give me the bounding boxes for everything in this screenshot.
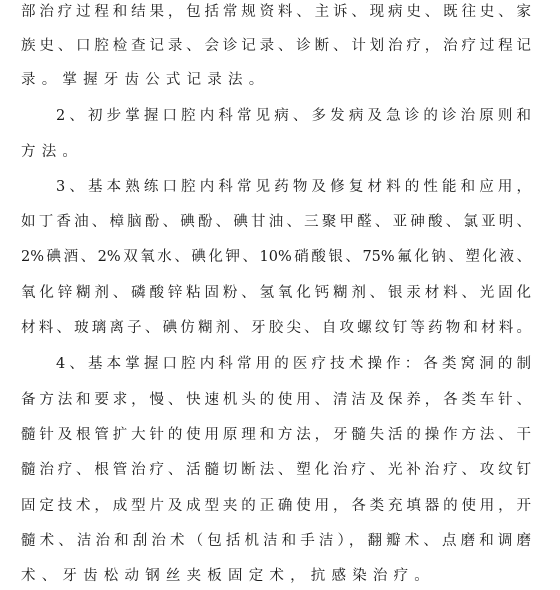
text-line-4: 2、初步掌握口腔内科常见病、多发病及急诊的诊治原则和 xyxy=(56,106,531,126)
text-line-3: 录。掌握牙齿公式记录法。 xyxy=(21,70,531,90)
text-line-7: 如丁香油、樟脑酚、碘酚、碘甘油、三聚甲醛、亚砷酸、氯亚明、 xyxy=(21,212,531,232)
text-line-8: 2%碘酒、2%双氧水、碘化钾、10%硝酸银、75%氟化钠、塑化液、 xyxy=(21,247,531,267)
text-line-9: 氧化锌糊剂、磷酸锌粘固粉、氢氧化钙糊剂、银汞材料、光固化 xyxy=(21,283,531,303)
text-line-10: 材料、玻璃离子、碘仿糊剂、牙胶尖、自攻螺纹钉等药物和材料。 xyxy=(21,318,531,338)
text-line-16: 髓术、洁治和刮治术（包括机洁和手洁），翻瓣术、点磨和调磨 xyxy=(21,531,531,551)
text-line-6: 3、基本熟练口腔内科常见药物及修复材料的性能和应用， xyxy=(56,177,531,197)
text-line-5: 方法。 xyxy=(21,142,531,162)
text-line-14: 髓治疗、根管治疗、活髓切断法、塑化治疗、光补治疗、攻纹钉 xyxy=(21,460,531,480)
text-line-13: 髓针及根管扩大针的使用原理和方法，牙髓失活的操作方法、干 xyxy=(21,425,531,445)
text-line-2: 族史、口腔检查记录、会诊记录、诊断、计划治疗，治疗过程记 xyxy=(21,36,531,56)
text-line-12: 备方法和要求，慢、快速机头的使用、清洁及保养，各类车针、 xyxy=(21,390,531,410)
text-line-11: 4、基本掌握口腔内科常用的医疗技术操作：各类窝洞的制 xyxy=(56,354,531,374)
text-line-1: 部治疗过程和结果，包括常规资料、主诉、现病史、既往史、家 xyxy=(21,2,531,22)
document-page: 部治疗过程和结果，包括常规资料、主诉、现病史、既往史、家 族史、口腔检查记录、会… xyxy=(0,0,560,590)
text-line-17: 术、牙齿松动钢丝夹板固定术，抗感染治疗。 xyxy=(21,566,531,586)
text-line-15: 固定技术，成型片及成型夹的正确使用，各类充填器的使用，开 xyxy=(21,496,531,516)
